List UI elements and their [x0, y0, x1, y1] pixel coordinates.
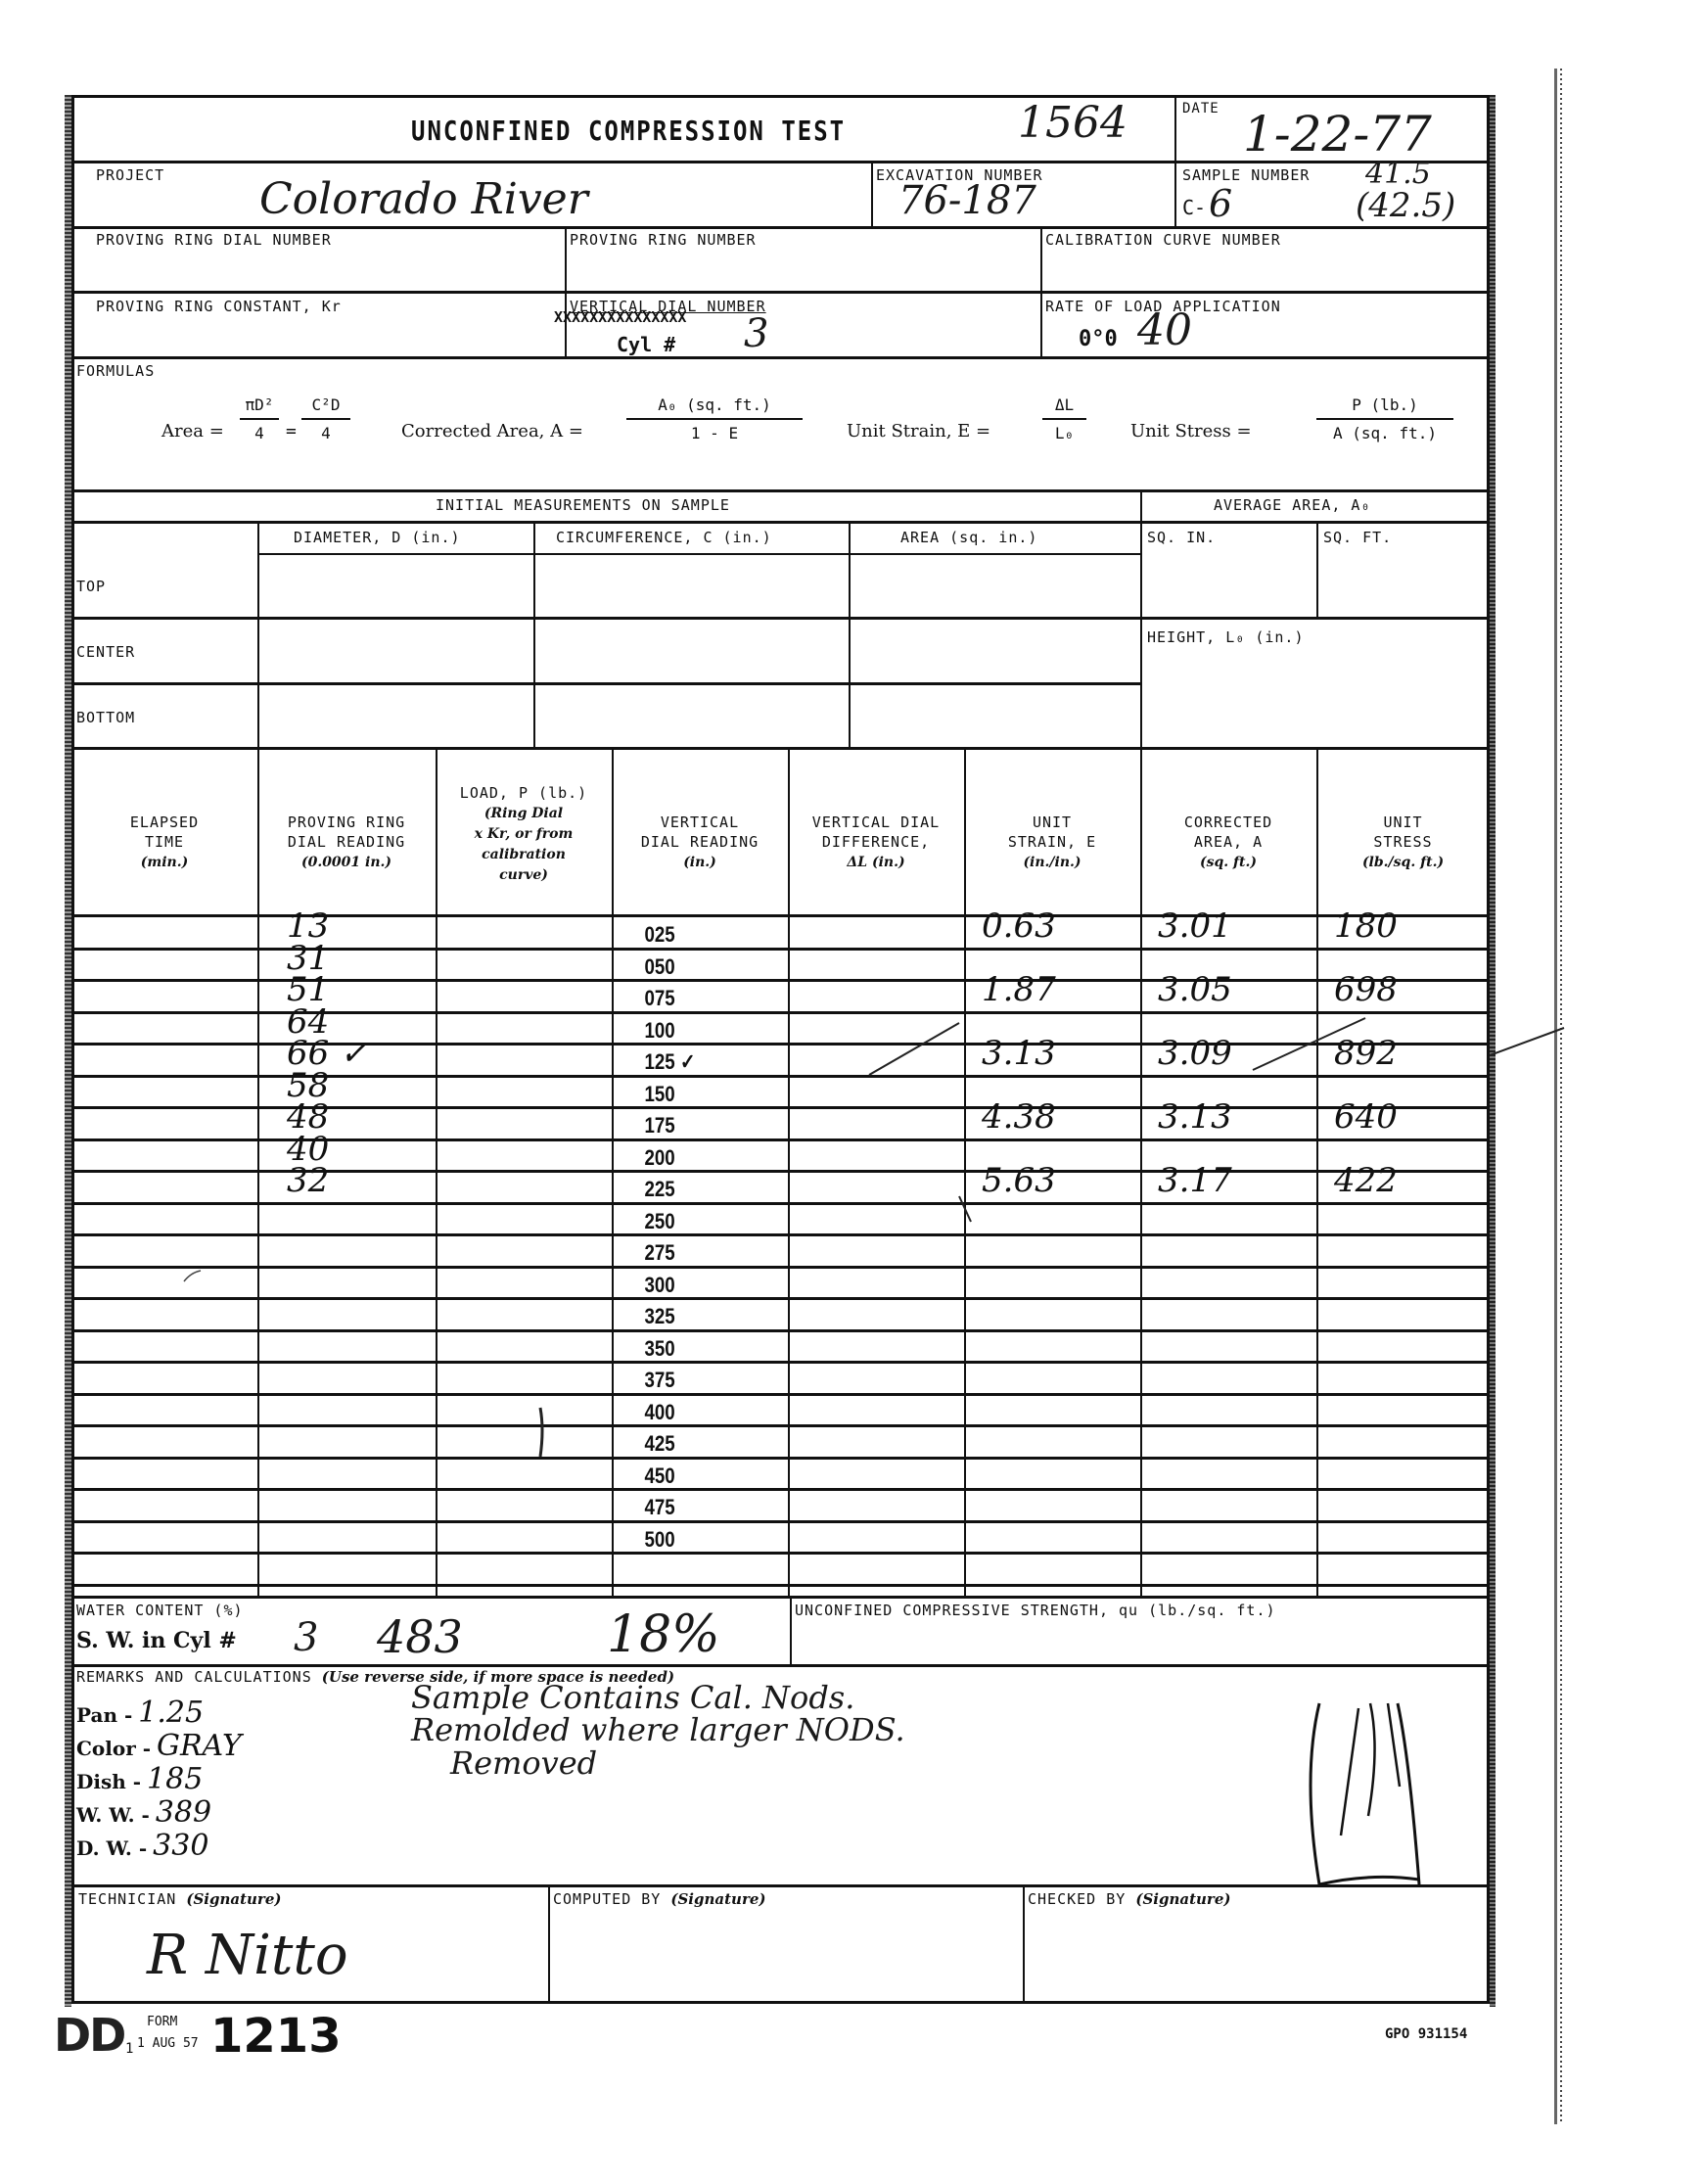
- remarks-item: Dish -185: [76, 1762, 203, 1796]
- remarks-item: Pan -1.25: [76, 1696, 204, 1730]
- form-word: FORM: [147, 2015, 177, 2029]
- water-content-value[interactable]: 483: [377, 1610, 463, 1663]
- remarks-item-value[interactable]: 1.25: [138, 1696, 204, 1730]
- remarks-note-line-3[interactable]: Removed: [450, 1744, 597, 1782]
- sample-failure-sketch: [1272, 1698, 1488, 1894]
- remarks-item-value[interactable]: 185: [147, 1762, 203, 1796]
- remarks-item-value[interactable]: GRAY: [157, 1729, 242, 1763]
- remarks-item: Color -GRAY: [76, 1729, 242, 1763]
- water-content-label: WATER CONTENT (%): [76, 1602, 244, 1619]
- ucs-label: UNCONFINED COMPRESSIVE STRENGTH, qu (lb.…: [795, 1602, 1276, 1619]
- technician-label: TECHNICIAN (Signature): [78, 1890, 281, 1908]
- gpo-number: GPO 931154: [1385, 2026, 1467, 2042]
- remarks-note-line-2[interactable]: Remolded where larger NODS.: [411, 1711, 905, 1748]
- remarks-item-value[interactable]: 330: [153, 1829, 208, 1863]
- form-number: 1213: [210, 2009, 342, 2064]
- remarks-item: D. W. -330: [76, 1829, 208, 1863]
- form-edition-number: 1: [125, 2041, 133, 2057]
- computed-by-signature-field[interactable]: [553, 1919, 1013, 1997]
- dd-form-mark: DD: [54, 2009, 124, 2062]
- checked-by-label: CHECKED BY (Signature): [1028, 1890, 1230, 1908]
- remarks-item-value[interactable]: 389: [156, 1795, 211, 1830]
- form-edition: 1 AUG 57: [137, 2036, 199, 2051]
- remarks-item: W. W. -389: [76, 1795, 211, 1830]
- water-content-percent[interactable]: 18%: [607, 1605, 720, 1664]
- water-content-cyl[interactable]: 3: [294, 1615, 318, 1660]
- computed-by-label: COMPUTED BY (Signature): [553, 1890, 766, 1908]
- checked-by-signature-field[interactable]: [1028, 1919, 1478, 1997]
- technician-signature[interactable]: R Nitto: [147, 1924, 348, 1987]
- water-content-typed: S. W. in Cyl #: [76, 1628, 237, 1653]
